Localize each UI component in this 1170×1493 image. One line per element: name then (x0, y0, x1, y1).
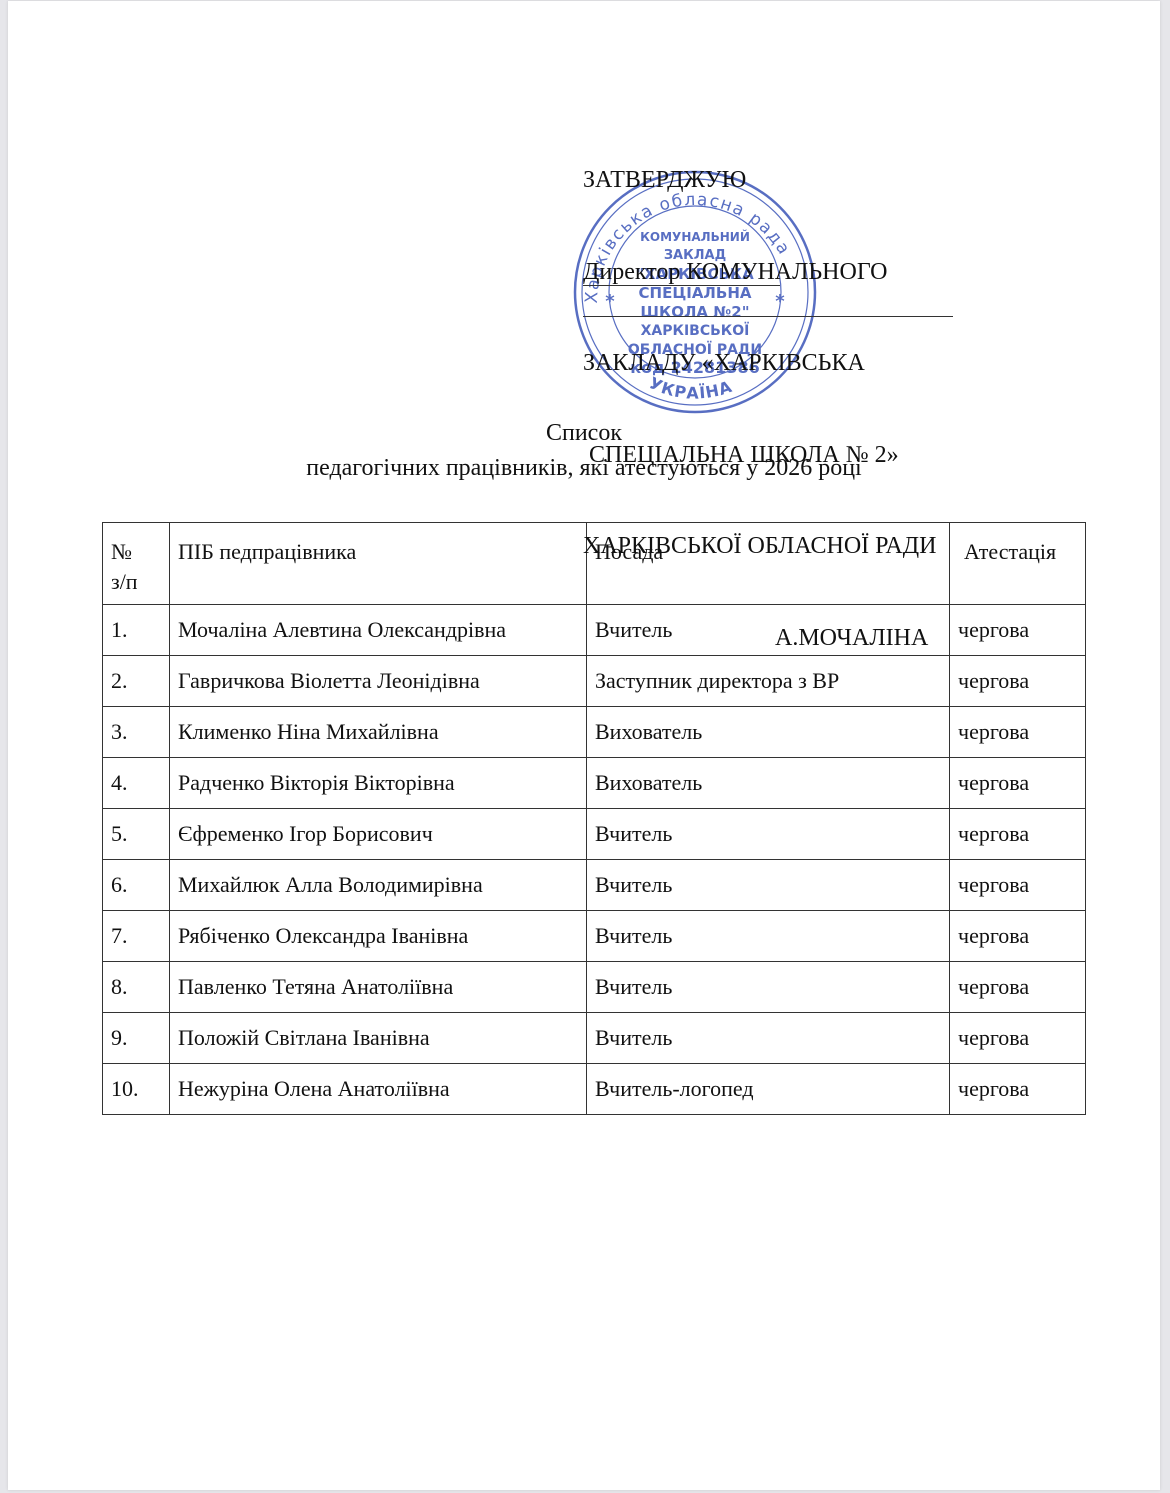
approval-block: ЗАТВЕРДЖУЮ Директор КОМУНАЛЬНОГО ЗАКЛАДУ… (583, 104, 936, 714)
row-number: 2. (103, 656, 170, 707)
row-position: Вихователь (587, 707, 950, 758)
approval-heading: ЗАТВЕРДЖУЮ (583, 165, 936, 196)
table-row: 9.Положій Світлана ІванівнаВчительчергов… (103, 1013, 1086, 1064)
approval-institution-1: ЗАКЛАДУ «ХАРКІВСЬКА (583, 348, 936, 379)
row-name: Положій Світлана Іванівна (170, 1013, 587, 1064)
table-row: 4.Радченко Вікторія ВікторівнаВихователь… (103, 758, 1086, 809)
row-name: Радченко Вікторія Вікторівна (170, 758, 587, 809)
header-attestation: Атестація (950, 523, 1086, 605)
row-name: Михайлюк Алла Володимирівна (170, 860, 587, 911)
row-attestation: чергова (950, 1013, 1086, 1064)
row-name: Павленко Тетяна Анатоліївна (170, 962, 587, 1013)
row-attestation: чергова (950, 809, 1086, 860)
row-attestation: чергова (950, 605, 1086, 656)
row-position: Вихователь (587, 758, 950, 809)
header-name: ПІБ педпрацівника (170, 523, 587, 605)
row-position: Вчитель (587, 1013, 950, 1064)
row-position: Вчитель (587, 911, 950, 962)
row-position: Вчитель (587, 962, 950, 1013)
row-position: Вчитель (587, 809, 950, 860)
approval-director: Директор КОМУНАЛЬНОГО (583, 257, 936, 288)
table-row: 6.Михайлюк Алла ВолодимирівнаВчительчерг… (103, 860, 1086, 911)
row-number: 3. (103, 707, 170, 758)
table-row: 10.Нежуріна Олена АнатоліївнаВчитель-лог… (103, 1064, 1086, 1115)
table-row: 7.Рябіченко Олександра ІванівнаВчительче… (103, 911, 1086, 962)
header-number: № з/п (103, 523, 170, 605)
document-page: Харківська обласна рада УКРАЇНА * * КОМУ… (8, 1, 1160, 1490)
row-number: 9. (103, 1013, 170, 1064)
row-name: Нежуріна Олена Анатоліївна (170, 1064, 587, 1115)
row-name: Клименко Ніна Михайлівна (170, 707, 587, 758)
row-position: Вчитель-логопед (587, 1064, 950, 1115)
row-name: Єфременко Ігор Борисович (170, 809, 587, 860)
approval-institution-2: СПЕЦІАЛЬНА ШКОЛА № 2» (583, 440, 936, 471)
row-number: 4. (103, 758, 170, 809)
approval-signatory: А.МОЧАЛІНА (583, 623, 936, 654)
row-name: Гавричкова Віолетта Леонідівна (170, 656, 587, 707)
date-line (583, 316, 953, 317)
row-number: 8. (103, 962, 170, 1013)
row-attestation: чергова (950, 707, 1086, 758)
row-attestation: чергова (950, 911, 1086, 962)
row-name: Мочаліна Алевтина Олександрівна (170, 605, 587, 656)
table-row: 3.Клименко Ніна МихайлівнаВиховательчерг… (103, 707, 1086, 758)
row-attestation: чергова (950, 962, 1086, 1013)
row-attestation: чергова (950, 1064, 1086, 1115)
row-position: Вчитель (587, 860, 950, 911)
row-number: 6. (103, 860, 170, 911)
row-number: 10. (103, 1064, 170, 1115)
row-attestation: чергова (950, 656, 1086, 707)
approval-institution-3: ХАРКІВСЬКОЇ ОБЛАСНОЇ РАДИ (583, 531, 936, 562)
signature-line (583, 285, 780, 286)
row-name: Рябіченко Олександра Іванівна (170, 911, 587, 962)
header-number-sign: № (111, 537, 169, 567)
row-number: 1. (103, 605, 170, 656)
row-attestation: чергова (950, 860, 1086, 911)
table-row: 5.Єфременко Ігор БорисовичВчительчергова (103, 809, 1086, 860)
header-number-abbr: з/п (111, 567, 169, 597)
row-number: 7. (103, 911, 170, 962)
row-number: 5. (103, 809, 170, 860)
table-row: 8.Павленко Тетяна АнатоліївнаВчительчерг… (103, 962, 1086, 1013)
row-attestation: чергова (950, 758, 1086, 809)
